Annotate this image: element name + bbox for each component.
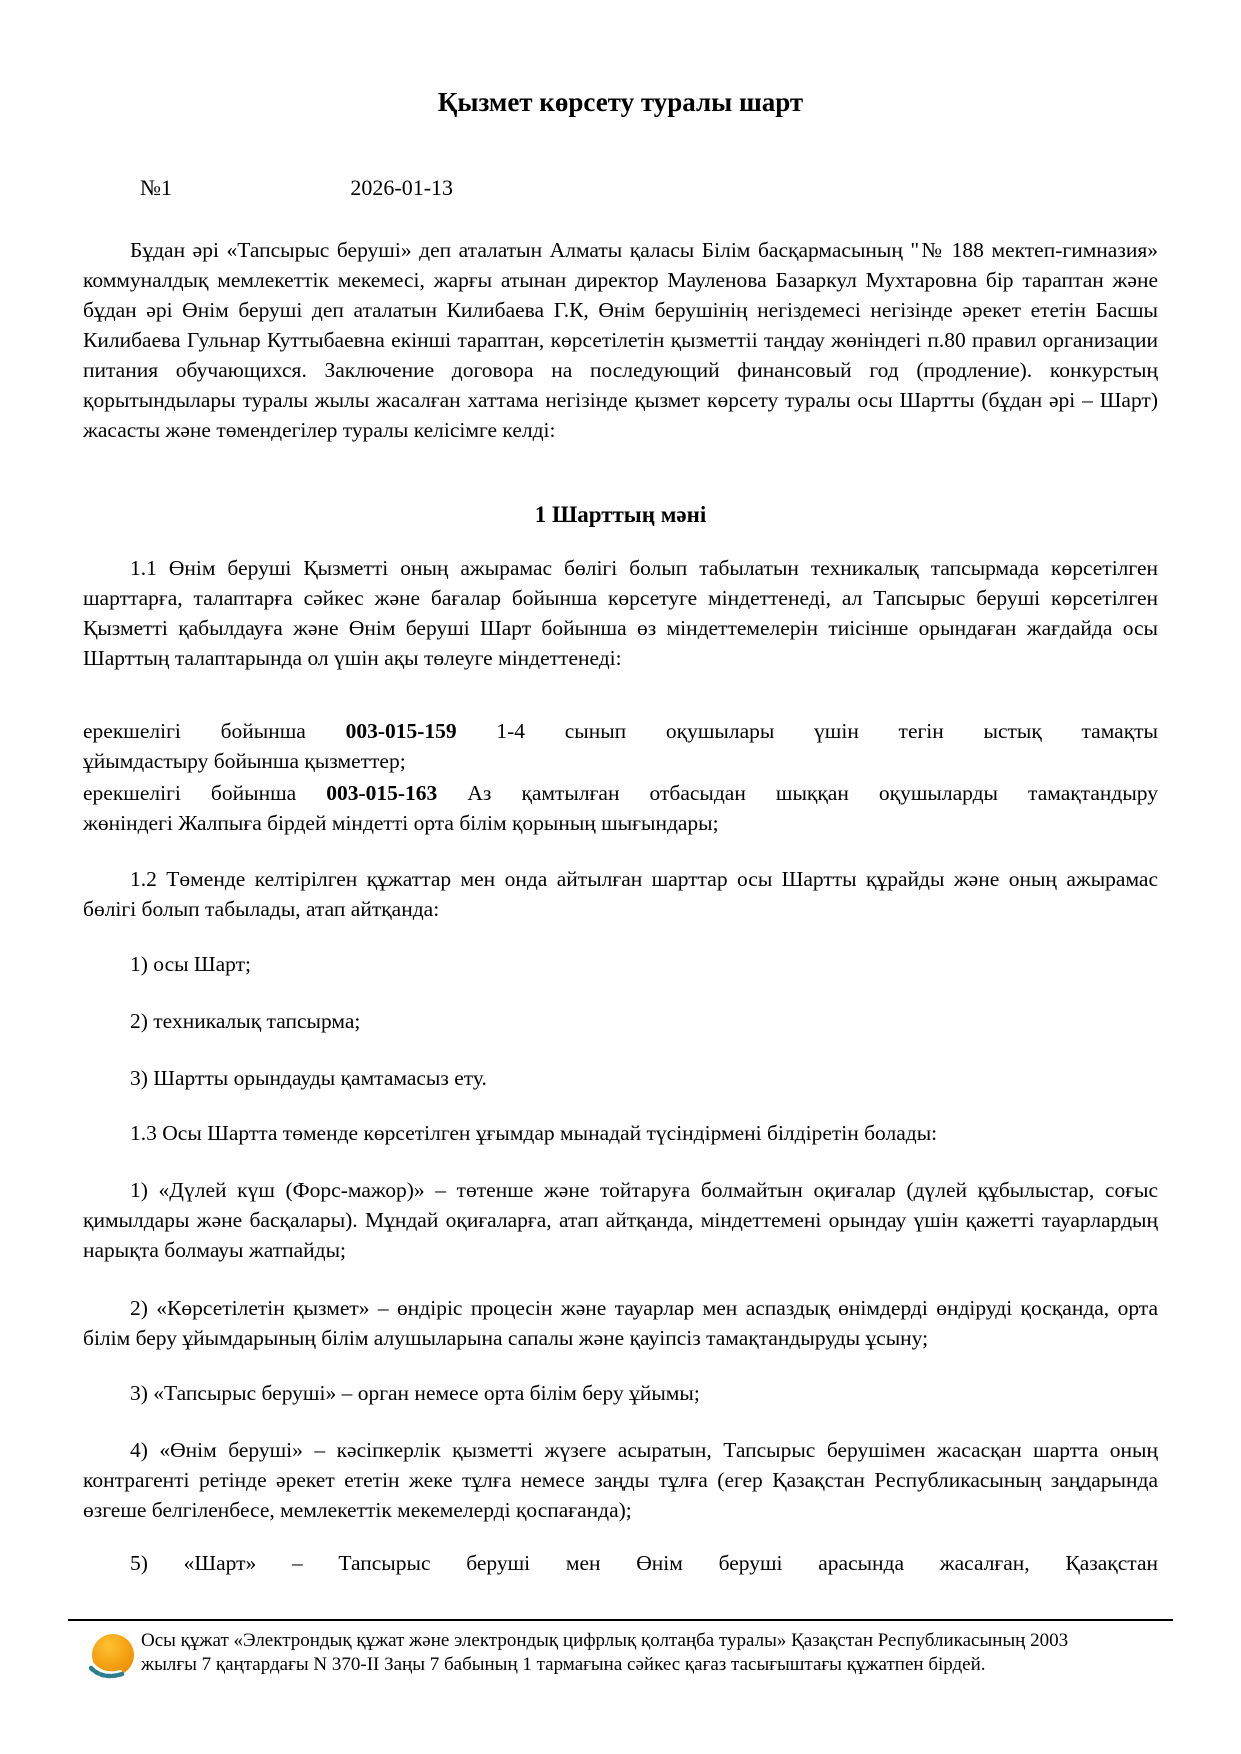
list-item-3: 3) Шартты орындауды қамтамасыз ету. — [83, 1063, 1158, 1093]
page-title: Қызмет көрсету туралы шарт — [83, 86, 1158, 118]
service-159-text: 1-4 сынып оқушылары үшін тегін ыстық там… — [457, 719, 1158, 743]
esign-egov-logo-icon — [89, 1634, 139, 1684]
service-item-159-line1: ерекшелігі бойынша 003-015-159 1-4 сынып… — [83, 716, 1158, 746]
contract-date: 2026-01-13 — [350, 173, 453, 203]
service-item-159-line2: ұйымдастыру бойынша қызметтер; — [83, 746, 1158, 776]
clause-1-3: 1.3 Осы Шартта төменде көрсетілген ұғымд… — [83, 1118, 1158, 1148]
definition-5-truncated: 5) «Шарт» – Тапсырыс беруші мен Өнім бер… — [83, 1548, 1158, 1578]
contract-document-page: Қызмет көрсету туралы шарт №1 2026-01-13… — [0, 0, 1241, 1754]
footer-divider — [68, 1619, 1173, 1621]
clause-1-1: 1.1 Өнім беруші Қызметті оның ажырамас б… — [83, 553, 1158, 673]
service-item-163-line2: жөніндегі Жалпыға бірдей міндетті орта б… — [83, 808, 1158, 838]
definition-2: 2) «Көрсетілетін қызмет» – өндіріс проце… — [83, 1293, 1158, 1353]
definition-4: 4) «Өнім беруші» – кәсіпкерлік қызметті … — [83, 1435, 1158, 1525]
list-item-2: 2) техникалық тапсырма; — [83, 1006, 1158, 1036]
document-content: Қызмет көрсету туралы шарт №1 2026-01-13… — [83, 0, 1158, 1578]
section-1-heading: 1 Шарттың мәні — [83, 500, 1158, 530]
service-163-text: Аз қамтылған отбасыдан шыққан оқушыларды… — [437, 781, 1158, 805]
definition-1: 1) «Дүлей күш (Форс-мажор)» – төтенше жә… — [83, 1175, 1158, 1265]
service-item-163-line1: ерекшелігі бойынша 003-015-163 Аз қамтыл… — [83, 778, 1158, 808]
definition-3: 3) «Тапсырыс беруші» – орган немесе орта… — [83, 1378, 1158, 1408]
esign-legal-note: Осы құжат «Электрондық құжат және электр… — [141, 1629, 1091, 1676]
contract-meta: №1 2026-01-13 — [83, 173, 1158, 203]
service-163-code: 003-015-163 — [326, 781, 437, 805]
intro-paragraph: Бұдан әрі «Тапсырыс беруші» деп аталатын… — [83, 235, 1158, 445]
service-159-prefix: ерекшелігі бойынша — [83, 719, 346, 743]
contract-number: №1 — [140, 173, 172, 203]
clause-1-2: 1.2 Төменде келтірілген құжаттар мен онд… — [83, 864, 1158, 924]
list-item-1: 1) осы Шарт; — [83, 949, 1158, 979]
service-163-prefix: ерекшелігі бойынша — [83, 781, 326, 805]
service-159-code: 003-015-159 — [346, 719, 457, 743]
